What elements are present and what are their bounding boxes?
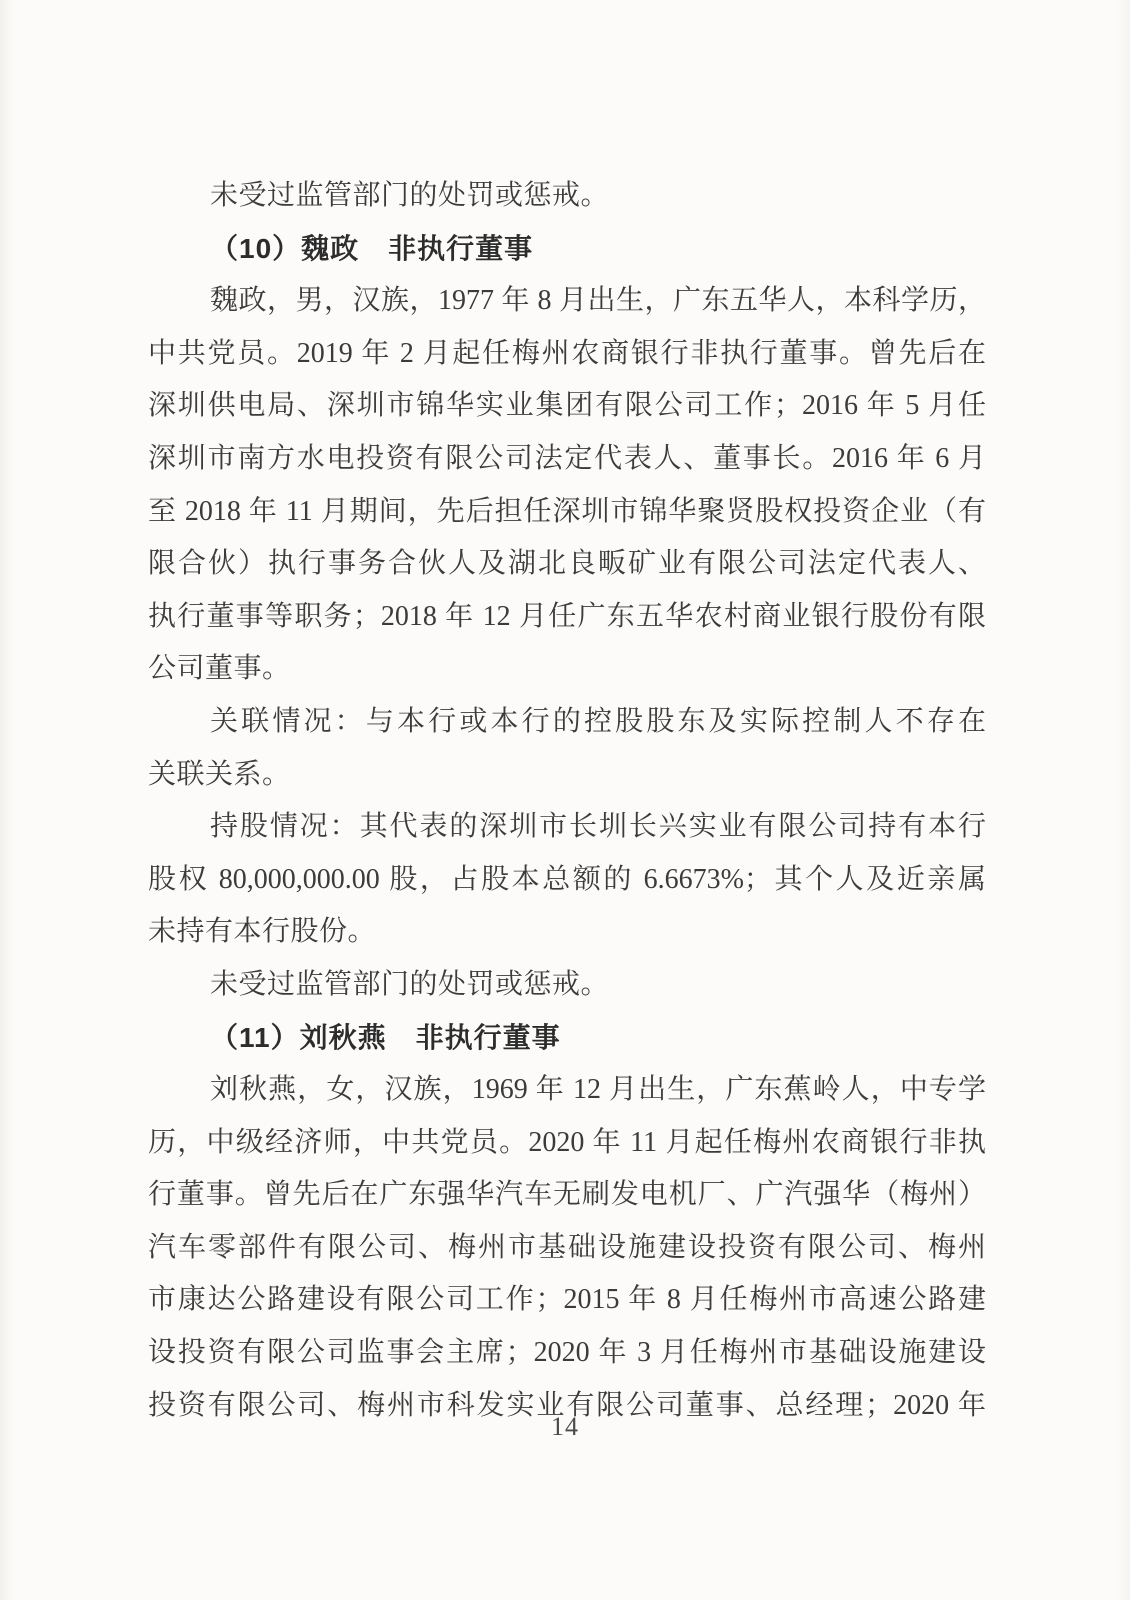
text-line: 深圳供电局、深圳市锦华实业集团有限公司工作；2016 年 5 月任	[148, 380, 986, 433]
section-heading: （10）魏政 非执行董事	[148, 223, 986, 276]
text-line: 限合伙）执行事务合伙人及湖北良畈矿业有限公司法定代表人、	[148, 538, 986, 591]
text-line: 未持有本行股份。	[148, 906, 986, 959]
text-line: 中共党员。2019 年 2 月起任梅州农商银行非执行董事。曾先后在	[148, 328, 986, 381]
text-line: 持股情况：其代表的深圳市长圳长兴实业有限公司持有本行	[148, 801, 986, 854]
section-heading: （11）刘秋燕 非执行董事	[148, 1012, 986, 1065]
text-line: 汽车零部件有限公司、梅州市基础设施建设投资有限公司、梅州	[148, 1222, 986, 1275]
text-line: 未受过监管部门的处罚或惩戒。	[148, 170, 986, 223]
document-text: 未受过监管部门的处罚或惩戒。（10）魏政 非执行董事魏政，男，汉族，1977 年…	[148, 170, 986, 1432]
text-line: 关联关系。	[148, 749, 986, 802]
text-line: 股权 80,000,000.00 股，占股本总额的 6.6673%；其个人及近亲…	[148, 854, 986, 907]
text-line: 市康达公路建设有限公司工作；2015 年 8 月任梅州市高速公路建	[148, 1274, 986, 1327]
text-line: 至 2018 年 11 月期间，先后担任深圳市锦华聚贤股权投资企业（有	[148, 486, 986, 539]
text-line: 公司董事。	[148, 643, 986, 696]
text-line: 魏政，男，汉族，1977 年 8 月出生，广东五华人，本科学历，	[148, 275, 986, 328]
text-line: 刘秋燕，女，汉族，1969 年 12 月出生，广东蕉岭人，中专学	[148, 1064, 986, 1117]
text-line: 历，中级经济师，中共党员。2020 年 11 月起任梅州农商银行非执	[148, 1117, 986, 1170]
text-line: 深圳市南方水电投资有限公司法定代表人、董事长。2016 年 6 月	[148, 433, 986, 486]
text-line: 执行董事等职务；2018 年 12 月任广东五华农村商业银行股份有限	[148, 591, 986, 644]
document-page: 未受过监管部门的处罚或惩戒。（10）魏政 非执行董事魏政，男，汉族，1977 年…	[0, 0, 1130, 1600]
text-line: 设投资有限公司监事会主席；2020 年 3 月任梅州市基础设施建设	[148, 1327, 986, 1380]
page-number: 14	[0, 1412, 1130, 1442]
text-line: 未受过监管部门的处罚或惩戒。	[148, 959, 986, 1012]
text-line: 行董事。曾先后在广东强华汽车无刷发电机厂、广汽强华（梅州）	[148, 1169, 986, 1222]
text-line: 关联情况：与本行或本行的控股股东及实际控制人不存在	[148, 696, 986, 749]
